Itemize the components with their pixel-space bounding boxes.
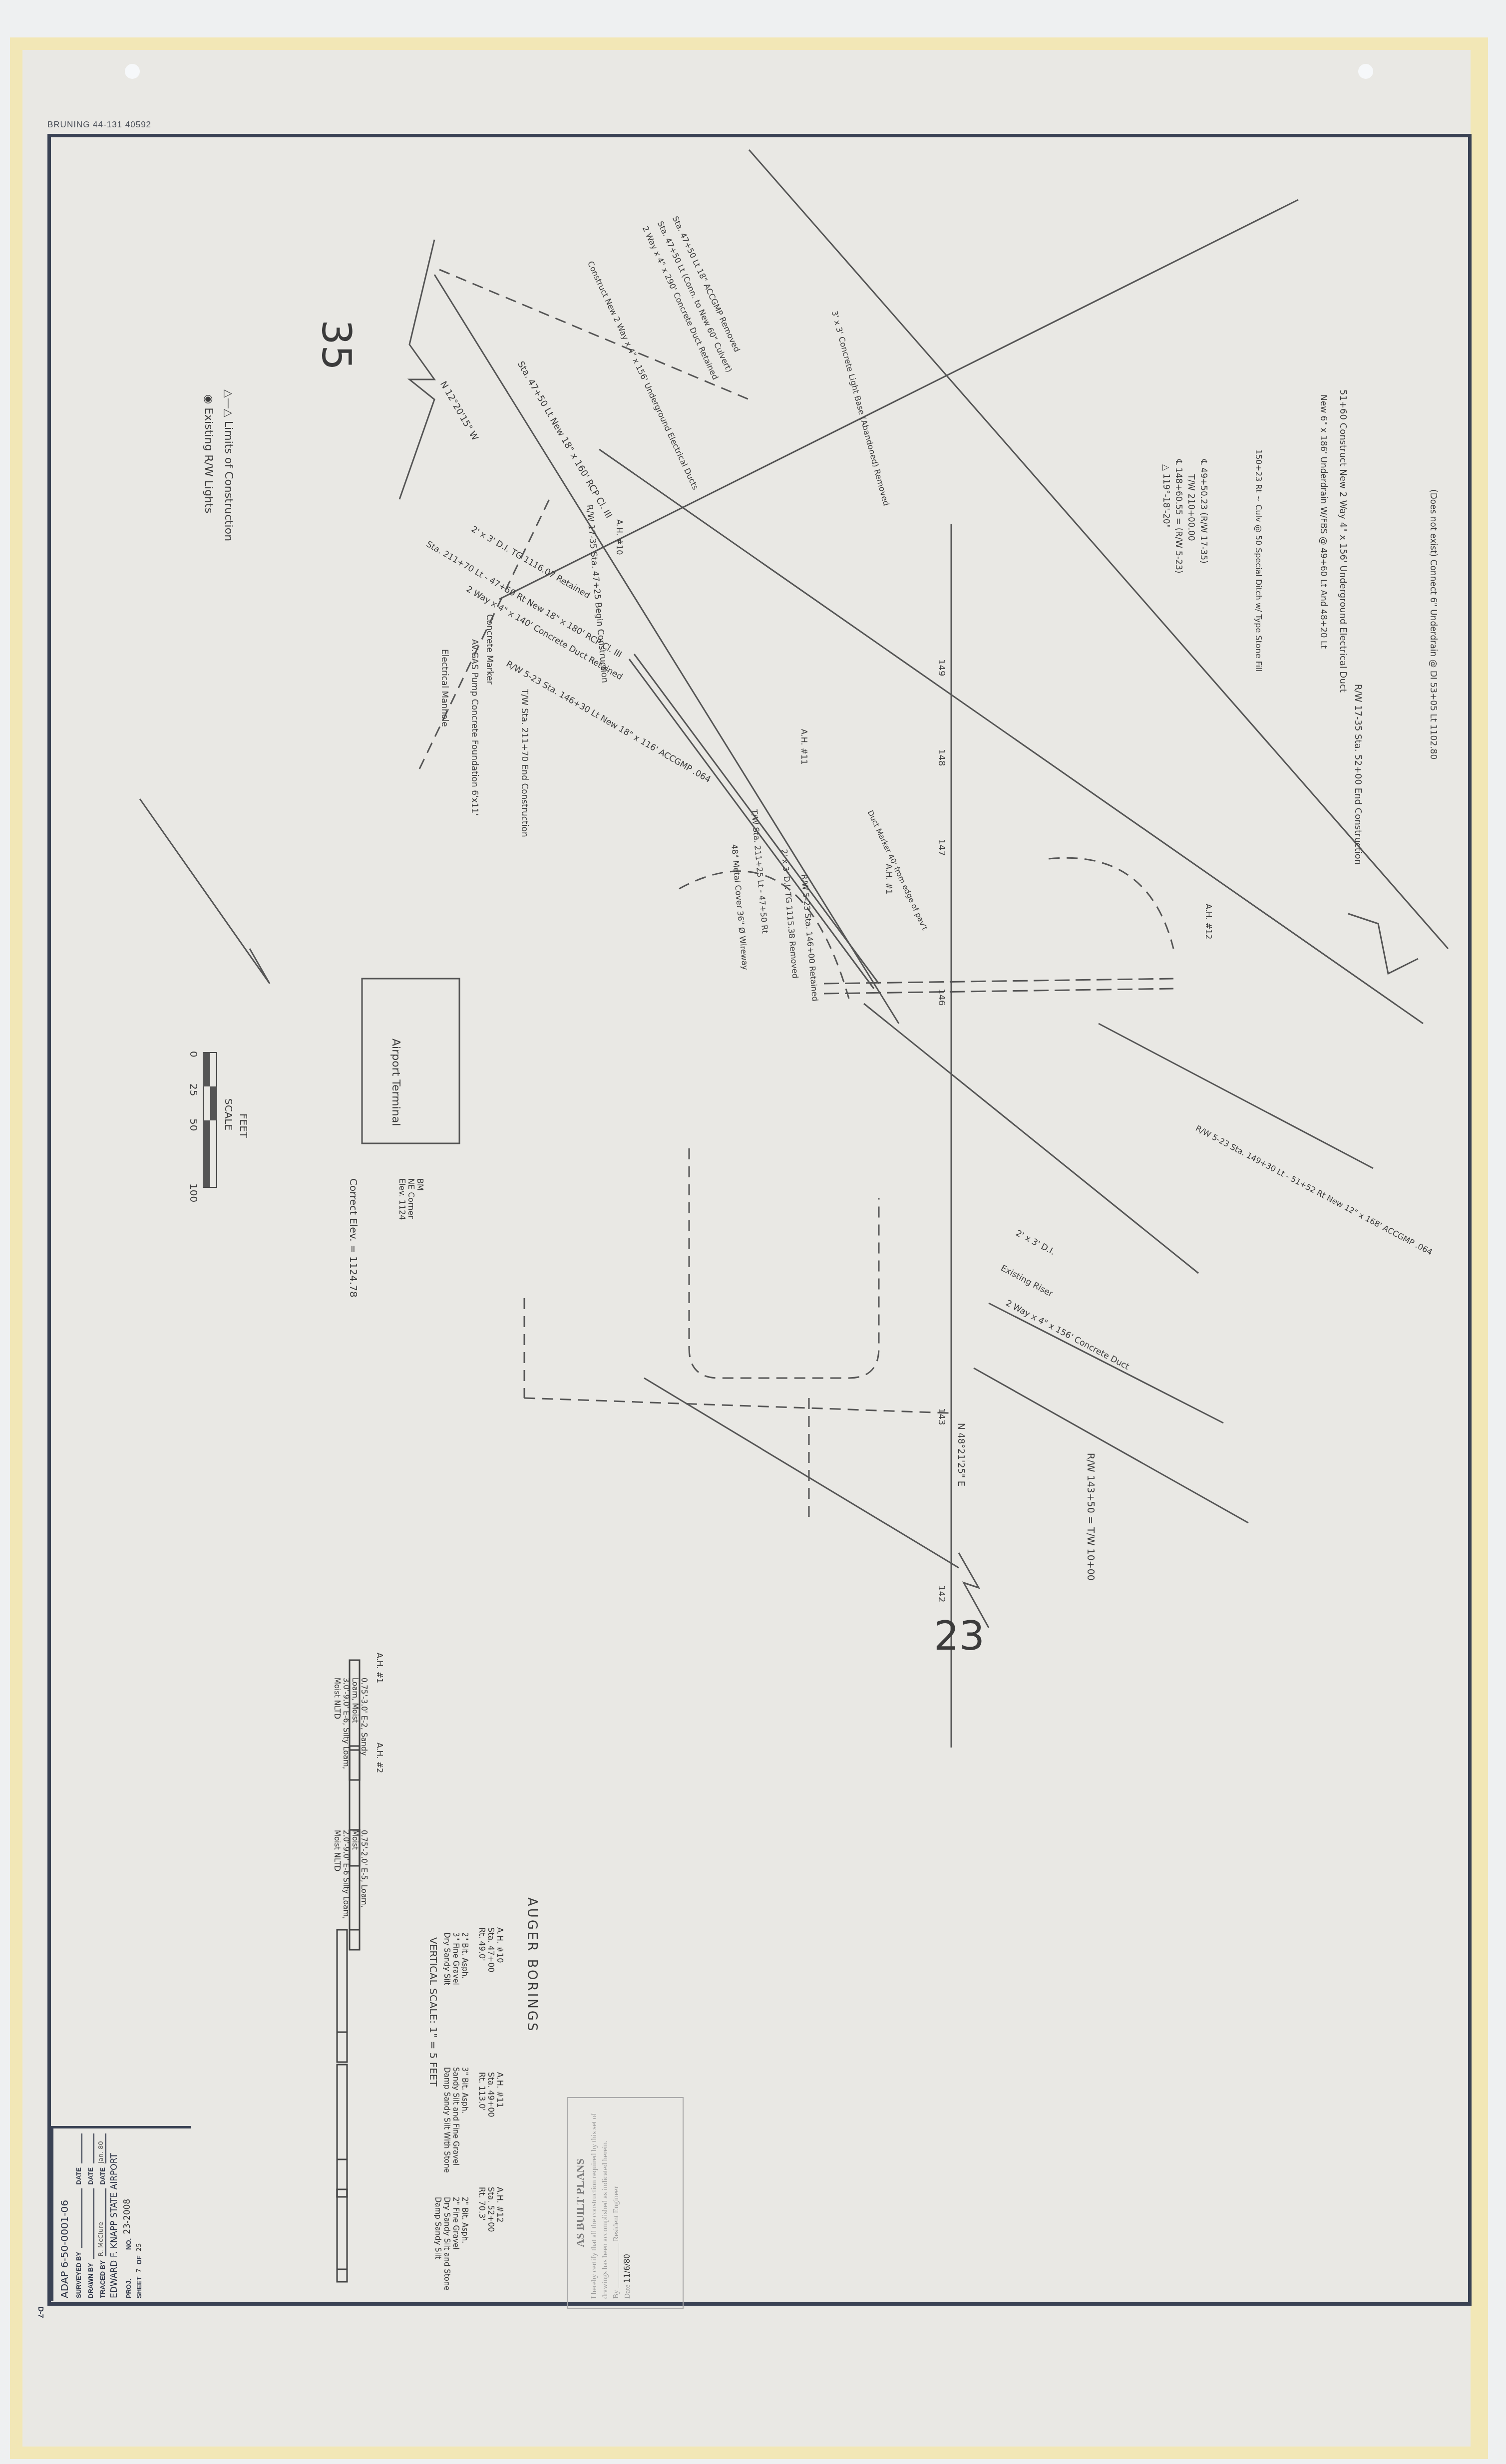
auger-borings-title: AUGER BORINGS xyxy=(524,1897,539,2033)
drawing-annotation: New 6" x 186' Underdrain W/FBS @ 49+60 L… xyxy=(1318,394,1328,649)
traced-by-field: R. McClure xyxy=(97,2188,106,2256)
drawing-annotation: 51+60 Construct New 2 Way 4" x 156' Unde… xyxy=(1338,389,1348,693)
drawing-annotation: T/W Sta. 211+70 End Construction xyxy=(519,689,529,837)
airport-name: EDWARD F. KNAPP STATE AIRPORT xyxy=(109,2133,119,2298)
project-code: ADAP 6-50-0001-06 xyxy=(58,2133,70,2298)
drawing-annotation: △ 119°-18'-20" xyxy=(1161,464,1171,528)
svg-text:149: 149 xyxy=(936,659,947,676)
drawing-annotation: ℄ 148+60.55 = (R/W 5-23) xyxy=(1173,459,1183,573)
scale-bar xyxy=(203,1053,217,1187)
boring-id: A.H. #2 xyxy=(375,1743,384,1773)
scale-tick-0: 0 xyxy=(188,1051,200,1057)
legend-limits-of-construction: △—△ Limits of Construction xyxy=(222,389,235,541)
vertical-scale-label: VERTICAL SCALE: 1" = 5 FEET xyxy=(427,1937,439,2087)
surveyed-by-field xyxy=(73,2188,82,2248)
auger-hole-label: A.H. #11 xyxy=(799,729,809,764)
stamp-date: 11/6/80 xyxy=(623,2254,632,2283)
legend-existing-lights: ◉ Existing R/W Lights xyxy=(202,394,215,513)
title-block: ADAP 6-50-0001-06 SURVEYED BYDATE DRAWN … xyxy=(51,2126,191,2301)
sheet-number: 7 xyxy=(135,2268,143,2272)
site-plan-drawing: 142 143 146 147 148 149 xyxy=(0,0,1506,2464)
project-number: 23-2008 xyxy=(122,2199,132,2234)
stamp-body: I hereby certify that all the constructi… xyxy=(589,2107,611,2299)
sheet-total: 25 xyxy=(135,2243,143,2252)
svg-text:142: 142 xyxy=(936,1585,947,1602)
drawn-by-field xyxy=(85,2188,94,2259)
boring-header: A.H. #12Sta. 52+00Rt. 70.3' xyxy=(477,2187,504,2232)
drawing-annotation: Concrete Marker xyxy=(484,614,494,685)
auger-hole-label: A.H. #10 xyxy=(615,519,624,555)
as-built-stamp: AS BUILT PLANS I hereby certify that all… xyxy=(567,2097,684,2309)
svg-text:147: 147 xyxy=(936,839,947,856)
sheet-code: D-7 xyxy=(37,2307,45,2318)
drawing-annotation: Electrical Manhole xyxy=(439,649,449,727)
airport-terminal-outline xyxy=(362,979,459,1143)
scale-tick-100: 100 xyxy=(188,1183,200,1202)
stamp-title: AS BUILT PLANS xyxy=(575,2107,586,2299)
svg-text:148: 148 xyxy=(936,749,947,766)
baseline-diagonal xyxy=(434,275,899,1024)
end-construction-annotation: R/W 17-35 Sta. 52+00 End Construction xyxy=(1353,684,1363,865)
scale-unit: FEET xyxy=(238,1113,250,1138)
scale-tick-25: 25 xyxy=(188,1083,200,1096)
airport-terminal-label: Airport Terminal xyxy=(389,1039,402,1126)
traced-date-field: Jan. 80 xyxy=(97,2133,106,2163)
drawing-annotation: AV.GAS Pump Concrete Foundation 6'x11' xyxy=(469,639,479,816)
scale-tick-50: 50 xyxy=(188,1118,200,1131)
section-number-35: 35 xyxy=(313,320,360,370)
elevation-correction: Correct Elev. = 1124.78 xyxy=(348,1178,360,1298)
station-equation: R/W 143+50 = T/W 10+00 xyxy=(1085,1453,1096,1581)
auger-hole-label: A.H. #12 xyxy=(1204,904,1213,939)
boring-id: A.H. #1 xyxy=(375,1653,384,1683)
boring-header: A.H. #11Sta. 49+00Rt. 113.0' xyxy=(477,2072,504,2117)
boring-log: 3" Bit. Asph.Sandy Silt and Fine GravelD… xyxy=(442,2067,469,2173)
drawing-annotation: (Does not exist) Connect 6" Underdrain @… xyxy=(1428,489,1438,759)
svg-text:143: 143 xyxy=(936,1408,947,1425)
benchmark-label: BMNE CornerElev. 1124 xyxy=(397,1178,424,1220)
bearing-annotation: N 48°21'25" E xyxy=(956,1423,966,1486)
scale-label: SCALE xyxy=(223,1098,235,1130)
light-dot-icon: ◉ xyxy=(202,394,215,407)
svg-text:146: 146 xyxy=(936,989,947,1006)
limits-triangle-icon: △—△ xyxy=(222,389,235,421)
boring-log: 0.75'-3.0' E-2, Sandy Loam, Moist3.0'-9.… xyxy=(333,1678,369,1777)
boring-log: 2" Bit. Asph.2" Fine GravelDry Sandy Sil… xyxy=(433,2197,469,2291)
drawing-annotation: 150+23 Rt ~ Culv @ 50 Special Ditch w/ T… xyxy=(1254,449,1263,672)
drawing-annotation: ℄ 49+50.23 (R/W 17-35) xyxy=(1198,459,1208,564)
section-number-23: 23 xyxy=(934,1613,985,1659)
boring-log: 2" Bit. Asph.3" Fine GravelDry Sandy Sil… xyxy=(442,1932,469,1986)
drawing-annotation: T/W 210+00.00 xyxy=(1186,474,1196,541)
boring-log: 0.75'-2.0' E-5, Loam, Moist2.0'-9.0' E-6… xyxy=(333,1830,369,1930)
boring-header: A.H. #10Sta. 47+00Rt. 49.0' xyxy=(477,1927,504,1973)
